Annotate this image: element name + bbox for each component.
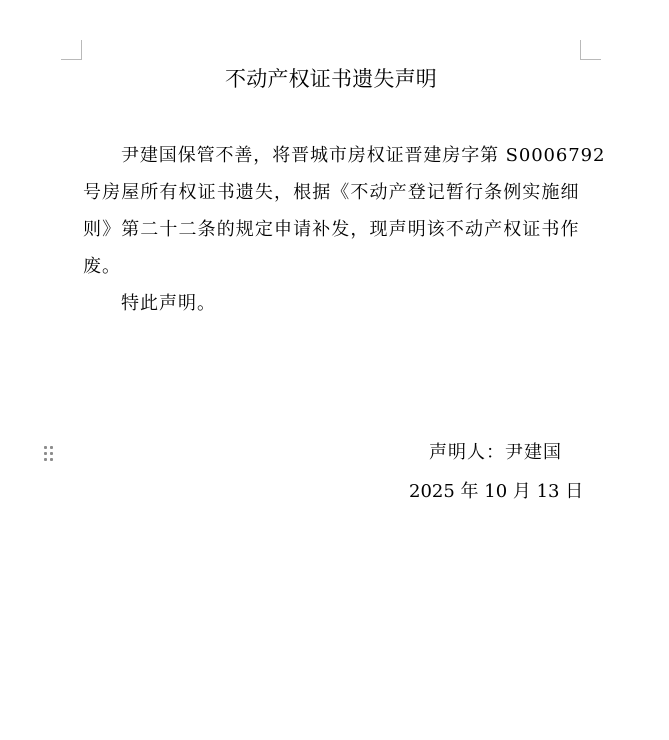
body-paragraph-line-4: 废。 <box>83 255 121 279</box>
document-title: 不动产权证书遗失声明 <box>0 66 662 92</box>
drag-dot <box>50 458 53 461</box>
drag-dot <box>44 458 47 461</box>
document-page[interactable]: 不动产权证书遗失声明 尹建国保管不善，将晋城市房权证晋建房字第 S0006792… <box>0 0 669 740</box>
closing-statement: 特此声明。 <box>121 292 216 316</box>
body-paragraph-line-2: 号房屋所有权证书遗失，根据《不动产登记暂行条例实施细 <box>83 181 580 205</box>
drag-handle-icon[interactable] <box>44 446 54 461</box>
top-left-margin-mark <box>61 40 82 60</box>
top-right-margin-mark <box>580 40 601 60</box>
signature-line: 声明人：尹建国 <box>429 441 562 465</box>
declaration-date: 2025 年 10 月 13 日 <box>409 480 583 504</box>
drag-dot <box>44 446 47 449</box>
drag-dot <box>44 452 47 455</box>
drag-dot <box>50 452 53 455</box>
body-paragraph-line-1: 尹建国保管不善，将晋城市房权证晋建房字第 S0006792 <box>121 144 605 168</box>
drag-dot <box>50 446 53 449</box>
body-paragraph-line-3: 则》第二十二条的规定申请补发，现声明该不动产权证书作 <box>83 218 580 242</box>
